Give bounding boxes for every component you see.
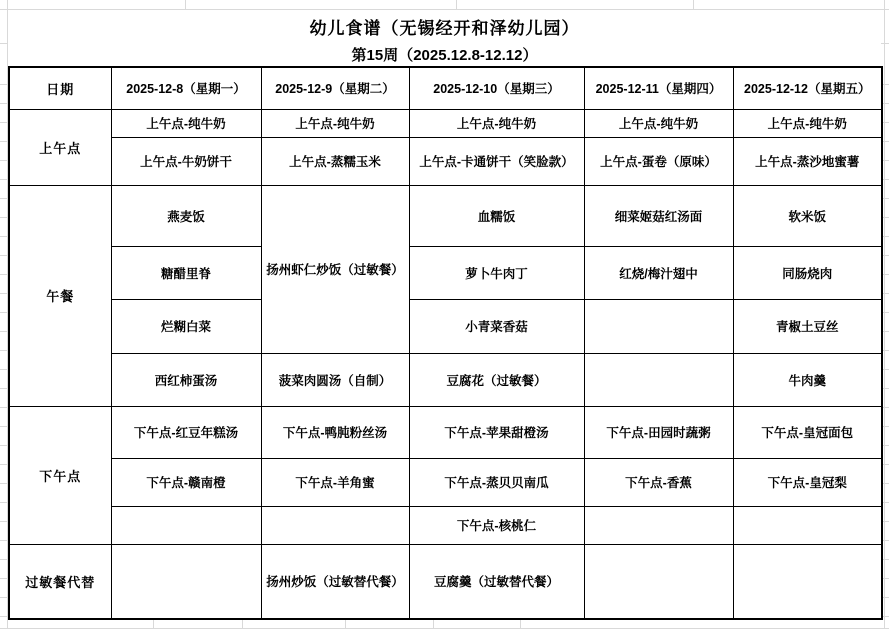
gridline bbox=[185, 0, 186, 9]
gridline bbox=[345, 619, 346, 629]
menu-cell[interactable]: 下午点-红豆年糕汤 bbox=[111, 406, 261, 458]
gridline bbox=[433, 619, 434, 629]
page-title[interactable]: 幼儿食谱（无锡经开和泽幼儿园） bbox=[8, 10, 881, 43]
week-subtitle[interactable]: 第15周（2025.12.8-12.12） bbox=[8, 43, 881, 66]
section-label-allergy-substitute[interactable]: 过敏餐代替 bbox=[9, 544, 111, 619]
menu-cell[interactable]: 下午点-赣南橙 bbox=[111, 458, 261, 506]
header-cell-tuesday[interactable]: 2025-12-9（星期二） bbox=[261, 67, 409, 109]
menu-cell[interactable]: 糖醋里脊 bbox=[111, 246, 261, 299]
menu-cell[interactable]: 小青菜香菇 bbox=[409, 299, 584, 353]
menu-cell[interactable]: 豆腐羹（过敏替代餐） bbox=[409, 544, 584, 619]
morning-snack-row-2: 上午点-牛奶饼干 上午点-蒸糯玉米 上午点-卡通饼干（笑脸款） 上午点-蛋卷（原… bbox=[9, 137, 882, 185]
lunch-row-1: 午餐 燕麦饭 扬州虾仁炒饭（过敏餐） 血糯饭 细菜姬菇红汤面 软米饭 bbox=[9, 185, 882, 246]
menu-cell[interactable]: 上午点-纯牛奶 bbox=[584, 109, 733, 137]
menu-cell-merged[interactable]: 扬州虾仁炒饭（过敏餐） bbox=[261, 185, 409, 353]
menu-cell[interactable]: 细菜姬菇红汤面 bbox=[584, 185, 733, 246]
header-cell-friday[interactable]: 2025-12-12（星期五） bbox=[733, 67, 882, 109]
menu-cell[interactable]: 牛肉羹 bbox=[733, 353, 882, 406]
gridline bbox=[456, 0, 457, 9]
gridline bbox=[882, 66, 889, 629]
gridline bbox=[242, 619, 243, 629]
menu-cell[interactable]: 萝卜牛肉丁 bbox=[409, 246, 584, 299]
menu-cell[interactable] bbox=[733, 544, 882, 619]
menu-cell[interactable]: 下午点-核桃仁 bbox=[409, 506, 584, 544]
gridline bbox=[520, 619, 521, 629]
menu-cell[interactable]: 菠菜肉圆汤（自制） bbox=[261, 353, 409, 406]
menu-cell[interactable]: 软米饭 bbox=[733, 185, 882, 246]
section-label-lunch[interactable]: 午餐 bbox=[9, 185, 111, 406]
morning-snack-row-1: 上午点 上午点-纯牛奶 上午点-纯牛奶 上午点-纯牛奶 上午点-纯牛奶 上午点-… bbox=[9, 109, 882, 137]
section-label-morning-snack[interactable]: 上午点 bbox=[9, 109, 111, 185]
menu-cell[interactable]: 扬州炒饭（过敏替代餐） bbox=[261, 544, 409, 619]
menu-cell[interactable] bbox=[733, 506, 882, 544]
gridline bbox=[693, 0, 694, 9]
menu-cell[interactable] bbox=[584, 506, 733, 544]
menu-cell[interactable]: 青椒土豆丝 bbox=[733, 299, 882, 353]
afternoon-snack-row-2: 下午点-赣南橙 下午点-羊角蜜 下午点-蒸贝贝南瓜 下午点-香蕉 下午点-皇冠梨 bbox=[9, 458, 882, 506]
table-header-row: 日期 2025-12-8（星期一） 2025-12-9（星期二） 2025-12… bbox=[9, 67, 882, 109]
allergy-substitute-row: 过敏餐代替 扬州炒饭（过敏替代餐） 豆腐羹（过敏替代餐） bbox=[9, 544, 882, 619]
menu-cell[interactable]: 烂糊白菜 bbox=[111, 299, 261, 353]
section-label-afternoon-snack[interactable]: 下午点 bbox=[9, 406, 111, 544]
afternoon-snack-row-1: 下午点 下午点-红豆年糕汤 下午点-鸭肫粉丝汤 下午点-苹果甜橙汤 下午点-田园… bbox=[9, 406, 882, 458]
menu-cell[interactable] bbox=[111, 506, 261, 544]
menu-cell[interactable] bbox=[584, 299, 733, 353]
lunch-row-4: 西红柿蛋汤 菠菜肉圆汤（自制） 豆腐花（过敏餐） 牛肉羹 bbox=[9, 353, 882, 406]
gridline bbox=[0, 66, 8, 629]
menu-cell[interactable]: 豆腐花（过敏餐） bbox=[409, 353, 584, 406]
menu-cell[interactable]: 下午点-皇冠面包 bbox=[733, 406, 882, 458]
header-cell-wednesday[interactable]: 2025-12-10（星期三） bbox=[409, 67, 584, 109]
menu-cell[interactable]: 上午点-纯牛奶 bbox=[111, 109, 261, 137]
afternoon-snack-row-3: 下午点-核桃仁 bbox=[9, 506, 882, 544]
menu-cell[interactable]: 下午点-田园时蔬粥 bbox=[584, 406, 733, 458]
menu-cell[interactable]: 上午点-蒸沙地蜜薯 bbox=[733, 137, 882, 185]
header-cell-monday[interactable]: 2025-12-8（星期一） bbox=[111, 67, 261, 109]
header-cell-date[interactable]: 日期 bbox=[9, 67, 111, 109]
lunch-row-3: 烂糊白菜 小青菜香菇 青椒土豆丝 bbox=[9, 299, 882, 353]
menu-cell[interactable] bbox=[584, 353, 733, 406]
menu-cell[interactable] bbox=[111, 544, 261, 619]
menu-cell[interactable]: 同肠烧肉 bbox=[733, 246, 882, 299]
menu-table: 日期 2025-12-8（星期一） 2025-12-9（星期二） 2025-12… bbox=[8, 66, 883, 620]
menu-cell[interactable] bbox=[261, 506, 409, 544]
menu-cell[interactable]: 上午点-纯牛奶 bbox=[733, 109, 882, 137]
menu-cell[interactable]: 血糯饭 bbox=[409, 185, 584, 246]
menu-cell[interactable]: 上午点-纯牛奶 bbox=[261, 109, 409, 137]
header-cell-thursday[interactable]: 2025-12-11（星期四） bbox=[584, 67, 733, 109]
menu-cell[interactable]: 上午点-蒸糯玉米 bbox=[261, 137, 409, 185]
gridline bbox=[153, 619, 154, 629]
menu-cell[interactable]: 上午点-卡通饼干（笑脸款） bbox=[409, 137, 584, 185]
menu-cell[interactable]: 下午点-皇冠梨 bbox=[733, 458, 882, 506]
menu-cell[interactable]: 下午点-蒸贝贝南瓜 bbox=[409, 458, 584, 506]
lunch-row-2: 糖醋里脊 萝卜牛肉丁 红烧/梅汁翅中 同肠烧肉 bbox=[9, 246, 882, 299]
menu-cell[interactable]: 上午点-蛋卷（原味） bbox=[584, 137, 733, 185]
menu-cell[interactable]: 上午点-牛奶饼干 bbox=[111, 137, 261, 185]
menu-cell[interactable]: 西红柿蛋汤 bbox=[111, 353, 261, 406]
menu-cell[interactable]: 上午点-纯牛奶 bbox=[409, 109, 584, 137]
menu-cell[interactable]: 下午点-羊角蜜 bbox=[261, 458, 409, 506]
menu-cell[interactable]: 下午点-鸭肫粉丝汤 bbox=[261, 406, 409, 458]
menu-cell[interactable] bbox=[584, 544, 733, 619]
menu-cell[interactable]: 下午点-苹果甜橙汤 bbox=[409, 406, 584, 458]
menu-cell[interactable]: 下午点-香蕉 bbox=[584, 458, 733, 506]
menu-cell[interactable]: 红烧/梅汁翅中 bbox=[584, 246, 733, 299]
menu-cell[interactable]: 燕麦饭 bbox=[111, 185, 261, 246]
